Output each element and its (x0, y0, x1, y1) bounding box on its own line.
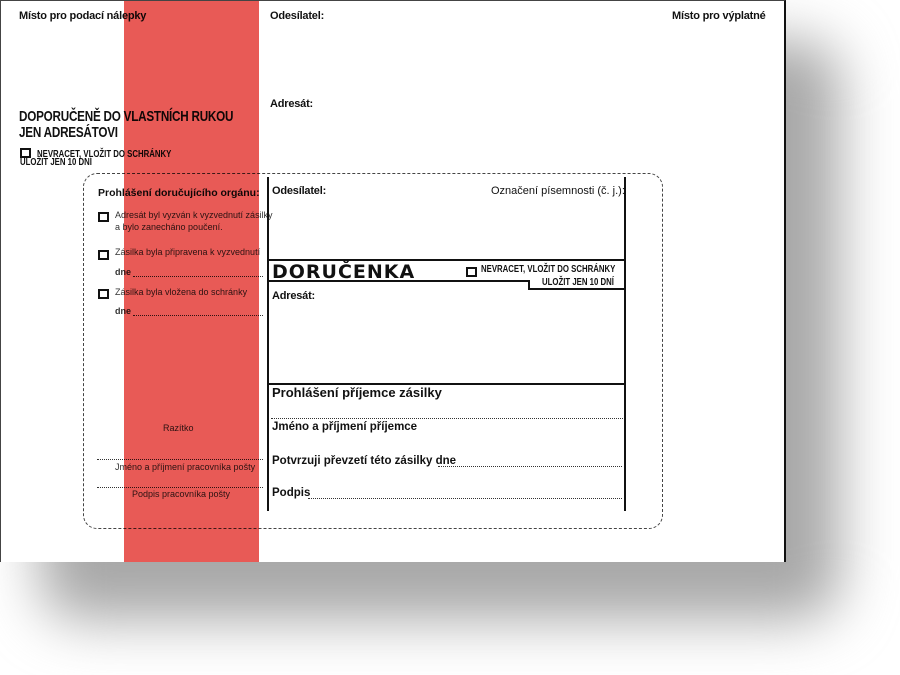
red-highlight-band (124, 1, 259, 562)
receipt-no-return-option[interactable] (466, 263, 477, 281)
receipt-left-border (267, 177, 269, 511)
service-store-label: ULOŽIT JEN 10 DNÍ (20, 157, 92, 168)
confirm-date-line[interactable] (438, 466, 622, 467)
receipt-sender-label: Odesílatel: (272, 185, 326, 197)
delivery-option-1[interactable] (98, 208, 109, 226)
addressee-label: Adresát: (270, 98, 313, 110)
checkbox-icon[interactable] (98, 289, 109, 299)
receipt-title-step-rule (528, 288, 626, 290)
signature-line[interactable] (308, 498, 622, 499)
recipient-name-label: Jméno a příjmení příjemce (272, 421, 417, 433)
recipient-declaration-title: Prohlášení příjemce zásilky (272, 385, 442, 400)
postage-place-label: Místo pro výplatné (672, 10, 766, 22)
receipt-store-label: ULOŽIT JEN 10 DNÍ (542, 277, 614, 288)
confirm-date-label: Potvrzuji převzetí této zásilky dne (272, 455, 456, 467)
receipt-title-bottom-rule (267, 280, 529, 282)
signature-label: Podpis (272, 487, 310, 499)
receipt-reference-label: Označení písemnosti (č. j.): (491, 185, 625, 197)
checkbox-icon[interactable] (98, 212, 109, 222)
sender-label: Odesílatel: (270, 10, 324, 22)
envelope-form: Místo pro podací nálepky Odesílatel: Mís… (0, 0, 786, 562)
document-view: Místo pro podací nálepky Odesílatel: Mís… (0, 0, 900, 675)
delivery-option-3[interactable] (98, 285, 109, 303)
receipt-no-return-label: NEVRACET, VLOŽIT DO SCHRÁNKY (481, 264, 615, 275)
checkbox-icon[interactable] (98, 250, 109, 260)
recipient-name-line[interactable] (271, 418, 623, 419)
service-title-line2: JEN ADRESÁTOVI (19, 125, 118, 140)
receipt-right-border (624, 177, 626, 511)
delivery-option-2[interactable] (98, 246, 109, 264)
receipt-addressee-label: Adresát: (272, 290, 315, 302)
checkbox-icon[interactable] (466, 267, 477, 277)
